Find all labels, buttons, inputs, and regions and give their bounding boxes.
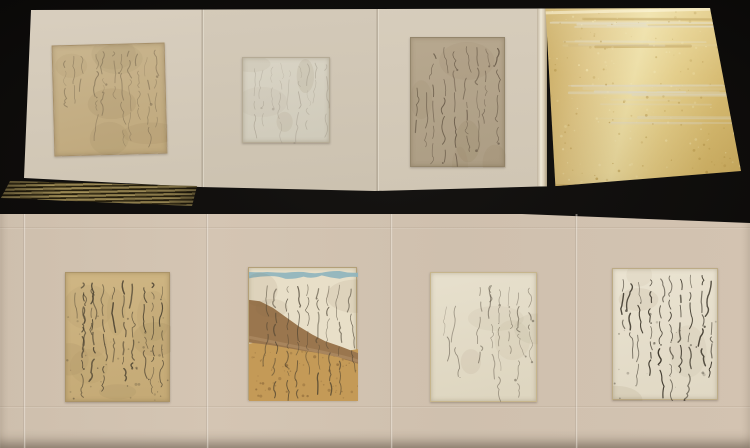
fold-line: [376, 0, 379, 215]
fold-line: [201, 0, 204, 215]
gold-leaf-cover-panel: [545, 0, 750, 215]
calligraphy-leaf-bottom-3: [430, 272, 537, 402]
calligraphy-leaf-top-1: [52, 43, 168, 157]
fold-line: [206, 214, 209, 448]
calligraphy-leaf-bottom-2-painted: [248, 267, 357, 400]
calligraphy-leaf-top-2: [242, 57, 330, 143]
fold-line: [23, 214, 26, 448]
mount-crease: [0, 406, 750, 408]
photograph-canvas: Photograph of two accordion-fold albums …: [0, 0, 750, 448]
fold-line: [390, 214, 393, 448]
calligraphy-leaf-bottom-1: [65, 272, 170, 402]
fold-line: [575, 214, 578, 448]
mount-crease: [0, 227, 750, 229]
calligraphy-leaf-top-3: [410, 37, 505, 167]
page-edge-strip: [537, 0, 547, 215]
calligraphy-leaf-bottom-4: [612, 268, 718, 400]
